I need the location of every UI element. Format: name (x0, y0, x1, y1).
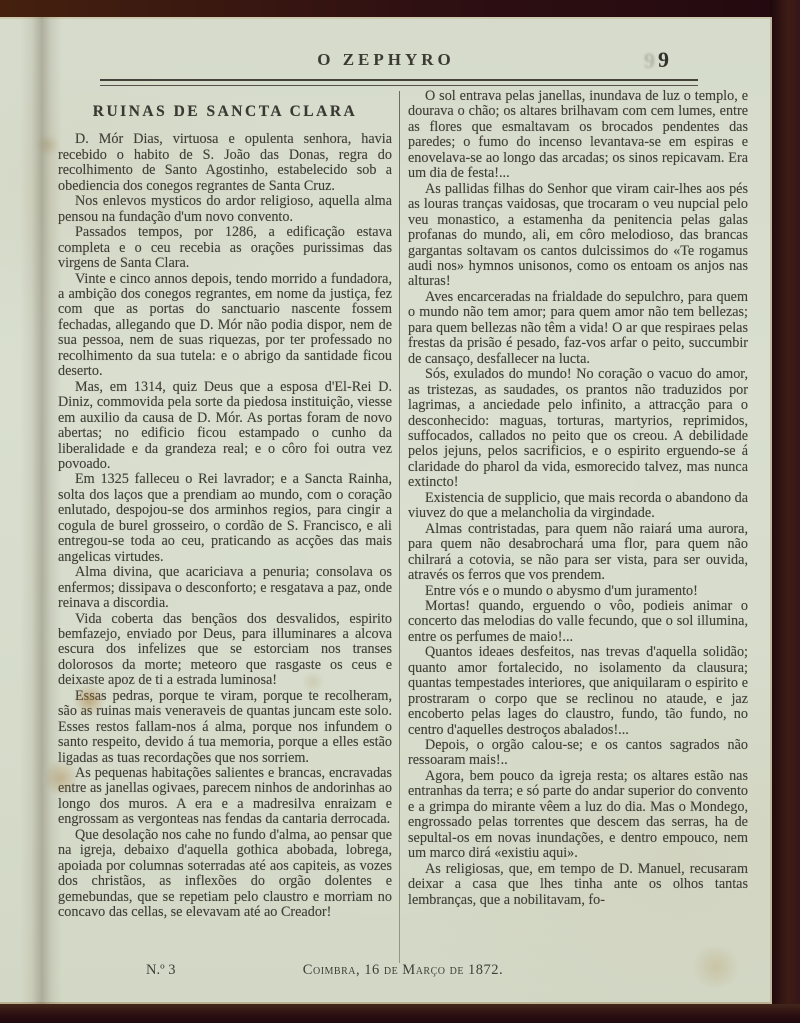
paper-stain (36, 135, 60, 155)
gutter-fold-shadow (20, 17, 62, 1004)
paragraph: Depois, o orgão calou-se; e os cantos sa… (408, 738, 748, 769)
dateline: Coimbra, 16 de Março de 1872. (58, 962, 748, 979)
right-column-body: O sol entrava pelas janellas, inundava d… (408, 89, 748, 908)
page-number: 9 (658, 47, 669, 73)
paragraph: Em 1325 falleceu o Rei lavrador; e a San… (58, 472, 392, 565)
header-rule (100, 79, 698, 86)
paragraph: Passados tempos, por 1286, a edificação … (58, 225, 392, 271)
page-footer: N.º 3 Coimbra, 16 de Março de 1872. (58, 962, 748, 980)
right-column: O sol entrava pelas janellas, inundava d… (408, 89, 748, 962)
left-column-body: D. Mór Dias, virtuosa e opulenta senhora… (58, 132, 392, 920)
paragraph: Mas, em 1314, quiz Deus que a esposa d'E… (58, 380, 392, 473)
paragraph: Aves encarceradas na frialdade do sepulc… (408, 290, 748, 367)
paragraph: As pallidas filhas do Senhor que viram c… (408, 182, 748, 290)
paragraph: Agora, bem pouco da igreja resta; os alt… (408, 769, 748, 862)
scanned-newspaper-page: O ZEPHYRO 9 RUINAS DE SANCTA CLARA D. Mó… (0, 0, 800, 1023)
binding-edge-right (770, 0, 800, 1023)
paragraph: Vinte e cinco annos depois, tendo morrid… (58, 272, 392, 380)
journal-title: O ZEPHYRO (0, 50, 772, 70)
paragraph: Existencia de supplicio, que mais record… (408, 491, 748, 522)
paragraph: Quantos ideaes desfeitos, nas trevas d'a… (408, 645, 748, 738)
paragraph: Alma divina, que acariciava a penuria; c… (58, 565, 392, 611)
paragraph: As pequenas habitações salientes e branc… (58, 766, 392, 828)
paragraph: As religiosas, que, em tempo de D. Manue… (408, 862, 748, 908)
paragraph: D. Mór Dias, virtuosa e opulenta senhora… (58, 132, 392, 194)
binding-edge-bottom (0, 1004, 800, 1023)
article-title: RUINAS DE SANCTA CLARA (58, 104, 392, 119)
paragraph: Vida coberta das bençãos dos desvalidos,… (58, 612, 392, 689)
paragraph: Que desolação nos cahe no fundo d'alma, … (58, 828, 392, 921)
paragraph: O sol entrava pelas janellas, inundava d… (408, 89, 748, 182)
paper-sheet: O ZEPHYRO 9 RUINAS DE SANCTA CLARA D. Mó… (0, 17, 772, 1004)
binding-edge-top (0, 0, 800, 17)
paragraph: Almas contristadas, para quem não raiará… (408, 522, 748, 584)
paragraph: Entre vós e o mundo o abysmo d'um jurame… (408, 584, 748, 599)
paragraph: Sós, exulados do mundo! No coração o vac… (408, 367, 748, 491)
paragraph: Nos enlevos mysticos do ardor religioso,… (58, 194, 392, 225)
paragraph: Mortas! quando, erguendo o vôo, podieis … (408, 599, 748, 645)
column-divider-rule (399, 91, 400, 963)
left-column: RUINAS DE SANCTA CLARA D. Mór Dias, virt… (58, 89, 392, 962)
paragraph: Essas pedras, porque te viram, porque te… (58, 689, 392, 766)
